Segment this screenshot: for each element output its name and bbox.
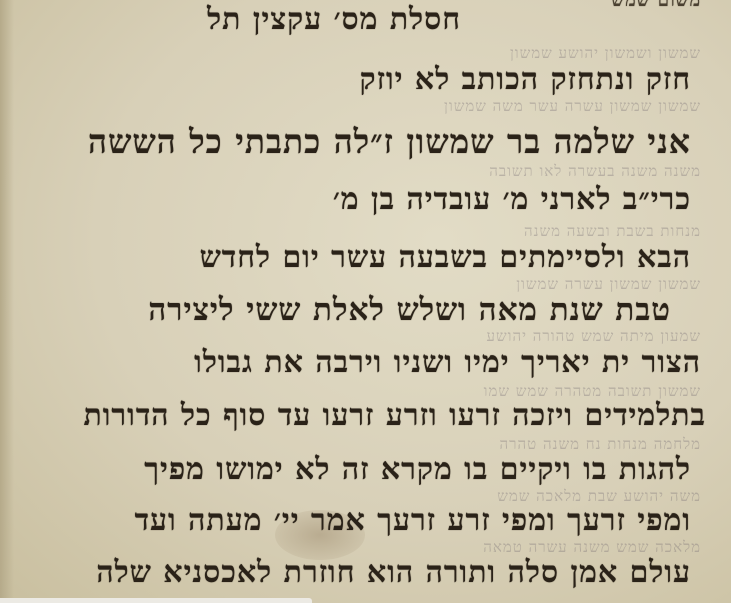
manuscript-page: שמשון ושמשון יהושע שמשוןשמשון שמשון עשרה… bbox=[0, 0, 731, 603]
manuscript-line: עולם אמן סלה ותורה הוא חוזרת לאכסניא שלה bbox=[96, 555, 691, 590]
manuscript-line: טבת שנת מאה ושלש לאלת ששי ליצירה bbox=[148, 292, 671, 328]
bleed-through-line: שמעון מיתה שמש טהורה יהושע bbox=[40, 327, 701, 346]
bleed-through-line: משנה משנה בעשרה לאו תשובה bbox=[40, 162, 701, 181]
manuscript-line: חסלת מס׳ עקצין תל bbox=[207, 2, 461, 37]
manuscript-line: להגות בו ויקיים בו מקרא זה לא ימושו מפיך bbox=[144, 452, 691, 487]
manuscript-line: חזק ונתחזק הכותב לא יוזק bbox=[360, 62, 691, 97]
bleed-through-line: שמשון שמשון עשרה עשר משה שמשון bbox=[40, 97, 701, 116]
manuscript-line: ומפי זרעך ומפי זרע זרעך אמר יי׳ מעתה ועד bbox=[135, 503, 691, 538]
bottom-edge-patch bbox=[0, 598, 312, 603]
manuscript-line: כרי״ב לארני מ׳ עובדיה בן מ׳ bbox=[333, 182, 691, 217]
manuscript-line: בתלמידים ויזכה זרעו וזרע זרעו עד סוף כל … bbox=[83, 398, 706, 433]
top-partial-line: משום שמש bbox=[611, 0, 701, 11]
manuscript-line: הבא ולסיימתים בשבעה עשר יום לחדש bbox=[200, 240, 691, 275]
manuscript-line: הצור ית יאריך ימיו ושניו וירבה את גבולו bbox=[194, 345, 701, 380]
bleed-through-line: מנחות בשבת ובשעה משנה bbox=[40, 222, 701, 241]
manuscript-line: אני שלמה בר שמשון ז״לה כתבתי כל הששה bbox=[88, 122, 691, 162]
bleed-through-line: שמשון ושמשון יהושע שמשון bbox=[40, 44, 701, 63]
